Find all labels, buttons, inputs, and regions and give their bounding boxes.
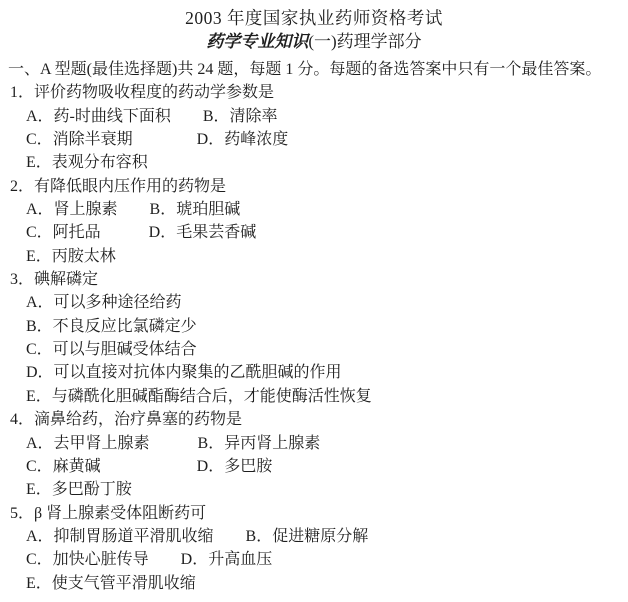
exam-title: 2003 年度国家执业药师资格考试 [0,7,628,29]
question-stem: 1．评价药物吸收程度的药动学参数是 [0,81,628,104]
option-line: A．药-时曲线下面积 B．清除率 [0,105,628,128]
question-1: 1．评价药物吸收程度的药动学参数是A．药-时曲线下面积 B．清除率C．消除半衰期… [0,81,628,174]
option-line: C．阿托品 D．毛果芸香碱 [0,221,628,244]
question-stem: 4．滴鼻给药，治疗鼻塞的药物是 [0,408,628,431]
option-line: C．消除半衰期 D．药峰浓度 [0,128,628,151]
option-line: E．使支气管平滑肌收缩 [0,572,628,595]
option-line: B．不良反应比氯磷定少 [0,315,628,338]
option-line: A．可以多种途径给药 [0,291,628,314]
question-stem: 5．β 肾上腺素受体阻断药可 [0,502,628,525]
option-line: E．多巴酚丁胺 [0,478,628,501]
option-line: E．丙胺太林 [0,245,628,268]
question-list: 1．评价药物吸收程度的药动学参数是A．药-时曲线下面积 B．清除率C．消除半衰期… [0,81,628,595]
question-stem: 3．碘解磷定 [0,268,628,291]
exam-document: 2003 年度国家执业药师资格考试 药学专业知识(一)药理学部分 一、A 型题(… [0,0,628,602]
exam-subtitle-course: 药学专业知识 [206,32,308,51]
option-line: D．可以直接对抗体内聚集的乙酰胆碱的作用 [0,361,628,384]
question-3: 3．碘解磷定A．可以多种途径给药B．不良反应比氯磷定少C．可以与胆碱受体结合D．… [0,268,628,408]
question-stem: 2．有降低眼内压作用的药物是 [0,175,628,198]
option-line: A．肾上腺素 B．琥珀胆碱 [0,198,628,221]
question-2: 2．有降低眼内压作用的药物是A．肾上腺素 B．琥珀胆碱C．阿托品 D．毛果芸香碱… [0,175,628,268]
exam-body: 一、A 型题(最佳选择题)共 24 题，每题 1 分。每题的备选答案中只有一个最… [0,58,628,595]
exam-subtitle: 药学专业知识(一)药理学部分 [0,29,628,54]
option-line: C．可以与胆碱受体结合 [0,338,628,361]
option-line: E．表观分布容积 [0,151,628,174]
option-line: A．去甲肾上腺素 B．异丙肾上腺素 [0,432,628,455]
option-line: A．抑制胃肠道平滑肌收缩 B．促进糖原分解 [0,525,628,548]
option-line: C．加快心脏传导 D．升高血压 [0,548,628,571]
question-4: 4．滴鼻给药，治疗鼻塞的药物是A．去甲肾上腺素 B．异丙肾上腺素C．麻黄碱 D．… [0,408,628,501]
option-line: E．与磷酰化胆碱酯酶结合后，才能使酶活性恢复 [0,385,628,408]
option-line: C．麻黄碱 D．多巴胺 [0,455,628,478]
exam-subtitle-part: (一)药理学部分 [308,32,421,51]
section-heading: 一、A 型题(最佳选择题)共 24 题，每题 1 分。每题的备选答案中只有一个最… [0,58,628,81]
question-5: 5．β 肾上腺素受体阻断药可A．抑制胃肠道平滑肌收缩 B．促进糖原分解C．加快心… [0,502,628,595]
